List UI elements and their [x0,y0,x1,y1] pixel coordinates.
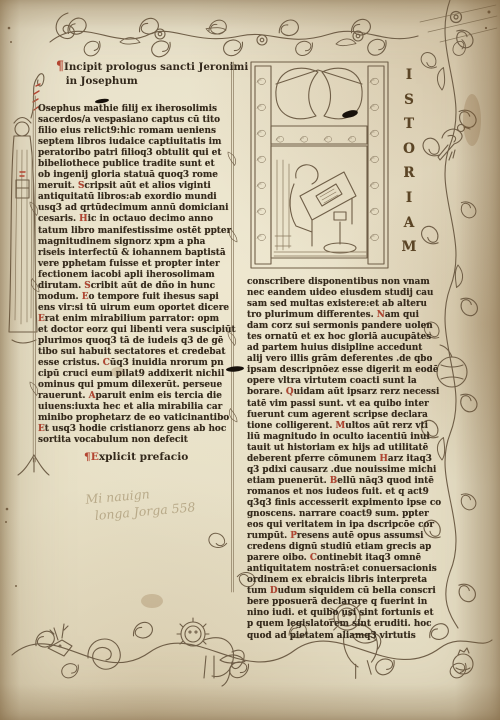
text-line: conscribere disponentibus non vnam [247,276,431,287]
prologue-heading: ¶Incipit prologus sancti Jeronimi in Jos… [56,60,248,88]
text-line: tibo sui habuit sectatores et credebat [38,346,239,357]
vertical-letter: I [399,67,419,92]
text-line: minibo prophetarz de eo vaticinantibo [38,412,239,423]
text-line: credens dignū studiū etiam grecis ap [247,541,431,552]
text-line: antiquitatū libros:ab exordio mundi [38,191,239,202]
text-line: ordinem ex ebraicis libris interpreta [247,574,431,585]
text-line: eos qui veritatem in ipa dscripcōe cor [247,519,431,530]
scholar-at-desk-art [271,146,367,258]
text-line: ob ingenij gloria statuā quoq3 rome [38,169,239,180]
vertical-letter: R [399,165,419,190]
text-line: filio eius relict9:hic romam ueniens [38,125,239,136]
text-line: p quem legislatorem sint eruditi. hoc [247,618,431,629]
text-line: vere pphetam fuisse et propter inter [38,258,239,269]
heading-text: Incipit prologus sancti Jeronimi [64,61,248,73]
heading-line: ¶Incipit prologus sancti Jeronimi [56,60,248,75]
rubricated-initial: E [91,451,99,463]
vertical-letter: T [399,116,419,141]
text-line: sam sed multas existere:et ab alteru [247,298,431,309]
explicit-text: xplicit prefacio [99,451,189,463]
heading-line2: in Josephum [56,75,248,89]
text-line: gnoscens. narrare coact9 sum. ppter [247,508,431,519]
text-line: bibeliothece publice tradite sunt et [38,158,239,169]
incunable-page: ¶Incipit prologus sancti Jeronimi in Jos… [0,0,500,720]
text-line: fectionem iacobi apli iherosolimam [38,269,239,280]
text-line: esse cristus. Cūq3 inuidia nrorum pn [38,357,239,368]
text-line: modum. Eo tempore fuit ihesus sapi [38,291,239,302]
text-line: cipū cruci eum pilat9 addixerit nichil [38,368,239,379]
lion-art [177,618,244,686]
text-line: sacerdos/a vespasiano captus cū tito [38,114,239,125]
text-line: usq3 ad qrtūdecimum annū domiciani [38,202,239,213]
text-line: et doctor eorz qui libenti vera suscipiū… [38,324,239,335]
top-floral-border-art [50,13,418,59]
text-line: ipsam descripnōez esse digerit m eodē [247,364,431,375]
text-line: magnitudinem signorz xpm a pha [38,236,239,247]
text-line: tione colligerent. Multos aūt rerz vti [247,420,431,431]
text-line: ens vir:si tū uirum eum oportet dicere [38,302,239,313]
text-line: peratoribo patri filioq3 obtulit qui et [38,147,239,158]
vertical-letter: M [399,239,419,264]
explicit-line: ¶Explicit prefacio [84,451,188,463]
text-line: alij vero illis grām deferentes .de qbo [247,353,431,364]
vertical-letter: S [399,92,419,117]
text-line: tauit ut historiam ex hijs ad utilitatē [247,442,431,453]
text-line: dirutam. Scribit aūt de dño in hunc [38,280,239,291]
corner-flourish-art [420,5,497,58]
text-line: tatum libro manifestissime ostēt ppter [38,225,239,236]
pilcrow-mark: ¶ [84,451,91,463]
seed-pod-art [437,345,467,387]
text-line: ominus qui pmum dilexerūt. perseue [38,379,239,390]
text-line: tro plurimum differentes. Nam qui [247,309,431,320]
text-line: romanos et nos iudeos fuit. et q act9 [247,486,431,497]
text-line: septem libros iudaice captiuitatis im [38,136,239,147]
left-text-column: Osephus mathie filij ex iherosolimissace… [38,103,239,445]
text-line: sortita vocabulum non defecit [38,434,239,445]
text-line: bere pposuerā declarare q fuerint in [247,596,431,607]
bird-art [438,125,470,161]
text-line: rumpūt. Presens autē opus assumsi [247,530,431,541]
text-line: plurimos quoq3 tā de iudeis q3 de gē [38,335,239,346]
pomegranate-art [453,648,473,674]
text-line: dam corz sui sermonis pandere uolen [247,320,431,331]
text-line: tes ornatū et ex hoc gloriā aucupātes [247,331,431,342]
text-line: opere vltra virtutem coacti sunt la [247,375,431,386]
initial-h-woodcut-art [251,62,388,268]
right-text-column: conscribere disponentibus non vnamnec ea… [247,276,431,641]
text-line: cesaris. Hic in octauo decimo anno [38,213,239,224]
text-line: ad partem huius disipline accedunt [247,342,431,353]
vertical-letter: I [399,190,419,215]
text-line: nino iudi. et quibo usi sint fortunis et [247,607,431,618]
red-mark-art [20,172,25,176]
text-line: meruit. Scripsit aūt et alios viginti [38,180,239,191]
text-line: Osephus mathie filij ex iherosolimis [38,103,239,114]
text-line: Et usq3 hodie cristianorz gens ab hoc [38,423,239,434]
spiral-art [88,639,120,669]
vertical-letter: O [399,141,419,166]
text-line: fuerunt cum agerent scripse declara [247,409,431,420]
deer-head-art [48,624,72,656]
text-line: deberent pferre cōmunem Harz itaq3 [247,453,431,464]
text-line: q3 pdixi causarz .due nouissime michi [247,464,431,475]
text-line: tum Dudum siquidem cū bella conscri [247,585,431,596]
text-line: etiam puenerūt. Bellū nāq3 quod intē [247,475,431,486]
text-line: parere oibo. Continebit itaq3 omnē [247,552,431,563]
text-line: q3q3 finis accesserit expimento ipse co [247,497,431,508]
vertical-letter: A [399,215,419,240]
text-line: uiuens:iuxta hec et alia mirabilia car [38,401,239,412]
text-line: quod ad pietatem aliamq3 virtutis [247,630,431,641]
vertical-initial-letters: ISTORIAM [399,67,419,264]
text-line: antiquitatem nostrā:et conuersacionis [247,563,431,574]
text-line: liū magnitudo in oculto iacentiū inui [247,431,431,442]
text-line: nec eandem uideo eiusdem studij cau [247,287,431,298]
text-line: Erat enim mirabilium parrator: opm [38,313,239,324]
text-line: borare. Quidam aūt ipsarz rerz necessi [247,386,431,397]
text-line: rauerunt. Aparuit enim eis tercia die [38,390,239,401]
text-line: tatē vim passi sunt. vt ea quibo inter [247,398,431,409]
text-line: riseis interfectū & iohannem baptistā [38,247,239,258]
handwritten-marginalia: Mi nauign longa Jorga 558 [85,481,196,524]
